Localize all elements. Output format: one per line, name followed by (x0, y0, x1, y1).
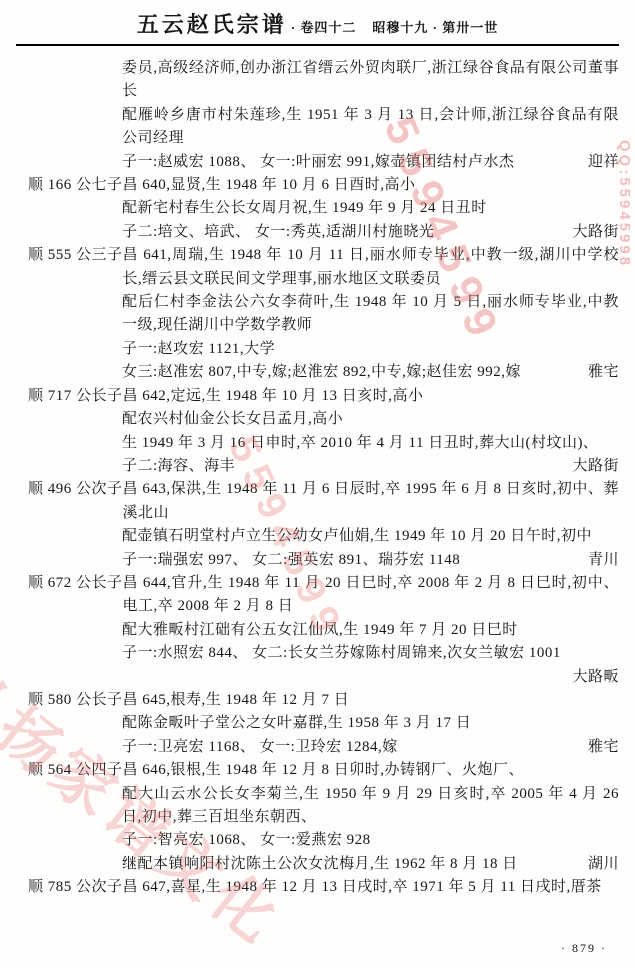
entry-label (28, 151, 122, 174)
place-annotation: 青川 (580, 549, 619, 572)
place-annotation: 雅宅 (580, 361, 619, 384)
place-annotation: 大路街 (564, 221, 619, 244)
entry-text: 昌 647,喜星,生 1948 年 12 月 13 日戌时,卒 1971 年 5… (123, 876, 619, 899)
entry-text: 配新宅村春生公长女周月祝,生 1949 年 9 月 24 日丑时 (122, 197, 619, 220)
entry-row: 顺 564 公四子昌 646,银根,生 1948 年 12 月 8 日卯时,办铸… (28, 759, 619, 782)
entry-row: 子一:水照宏 844、 女二:长女兰芬嫁陈村周锦来,次女兰敏宏 1001 (28, 642, 619, 665)
entry-row: 顺 496 公次子昌 643,保洪,生 1948 年 11 月 6 日辰时,卒 … (28, 478, 619, 525)
entry-text: 大路街子二:海容、海丰 (122, 455, 619, 478)
entry-text: 子一:赵攻宏 1121,大学 (122, 338, 619, 361)
entry-label (28, 291, 122, 338)
entry-row: 配农兴村仙金公长女吕孟月,高小 (28, 408, 619, 431)
entry-row: 大路街子二:培文、培武、 女一:秀英,适湖川村施晓光 (28, 221, 619, 244)
entry-text: 配农兴村仙金公长女吕孟月,高小 (122, 408, 619, 431)
entry-text: 青川子一:瑞强宏 997、 女二:强英宏 891、瑞芬宏 1148 (122, 549, 619, 572)
entry-text: 昌 640,显贤,生 1948 年 10 月 6 日酉时,高小 (123, 174, 619, 197)
volume-label: · 卷四十二 (291, 20, 357, 35)
entry-text: 配壶镇石明堂村卢立生公幼女卢仙娟,生 1949 年 10 月 20 日午时,初中 (122, 525, 619, 548)
entry-label: 顺 564 公四子 (28, 759, 123, 782)
entry-label (28, 642, 122, 665)
entry-row: 配新宅村春生公长女周月祝,生 1949 年 9 月 24 日丑时 (28, 197, 619, 220)
entry-row: 配大雅畈村江础有公五女江仙凤,生 1949 年 7 月 20 日巳时 (28, 619, 619, 642)
entry-label (28, 221, 122, 244)
entry-text: 子一:水照宏 844、 女二:长女兰芬嫁陈村周锦来,次女兰敏宏 1001 (122, 642, 619, 665)
entry-row: 顺 717 公长子昌 642,定远,生 1948 年 10 月 13 日亥时,高… (28, 385, 619, 408)
entry-text: 雅宅子一:卫亮宏 1168、 女一:卫玲宏 1284,嫁 (122, 736, 619, 759)
entry-row: 顺 672 公长子昌 644,官升,生 1948 年 11 月 20 日巳时,卒… (28, 572, 619, 619)
entry-row: 青川子一:瑞强宏 997、 女二:强英宏 891、瑞芬宏 1148 (28, 549, 619, 572)
entry-text: 湖川继配本镇响阳村沈陈土公次女沈梅月,生 1962 年 8 月 18 日 (122, 853, 619, 876)
entry-label (28, 853, 122, 876)
entry-row: 雅宅子一:卫亮宏 1168、 女一:卫玲宏 1284,嫁 (28, 736, 619, 759)
entry-label (28, 712, 122, 735)
entry-label (28, 408, 122, 431)
entry-text: 昌 641,周瑞,生 1948 年 10 月 11 日,丽水师专毕业,中教一级,… (123, 244, 619, 291)
entry-label (28, 829, 122, 852)
entry-label (28, 197, 122, 220)
entry-row: 顺 555 公三子昌 641,周瑞,生 1948 年 10 月 11 日,丽水师… (28, 244, 619, 291)
entry-row: 大路街子二:海容、海丰 (28, 455, 619, 478)
entry-label (28, 783, 122, 830)
entry-row: 大路畈 (28, 666, 619, 689)
entry-text: 配陈金畈叶子堂公之女叶嘉群,生 1958 年 3 月 17 日 (122, 712, 619, 735)
entry-row: 配陈金畈叶子堂公之女叶嘉群,生 1958 年 3 月 17 日 (28, 712, 619, 735)
entry-row: 委员,高级经济师,创办浙江省缙云外贸肉联厂,浙江绿谷食品有限公司董事长 (28, 57, 619, 104)
entry-label (28, 525, 122, 548)
entry-row: 顺 166 公七子昌 640,显贤,生 1948 年 10 月 6 日酉时,高小 (28, 174, 619, 197)
entry-label (28, 361, 122, 384)
entry-text: 大路畈 (122, 666, 619, 689)
place-annotation: 大路街 (564, 455, 619, 478)
entry-row: 顺 580 公长子昌 645,根寿,生 1948 年 12 月 7 日 (28, 689, 619, 712)
entry-label (28, 455, 122, 478)
entry-text: 雅宅女三:赵准宏 807,中专,嫁;赵淮宏 892,中专,嫁;赵佳宏 992,嫁 (122, 361, 619, 384)
entry-text: 昌 645,根寿,生 1948 年 12 月 7 日 (123, 689, 619, 712)
entry-label (28, 666, 122, 689)
entry-text: 昌 643,保洪,生 1948 年 11 月 6 日辰时,卒 1995 年 6 … (123, 478, 619, 525)
entry-label (28, 104, 122, 151)
entry-label (28, 338, 122, 361)
entry-text: 配大山云水公长女李菊兰,生 1950 年 9 月 29 日亥时,卒 2005 年… (122, 783, 619, 830)
entry-label (28, 57, 122, 104)
entry-text: 迎祥子一:赵威宏 1088、 女一:叶丽宏 991,嫁壶镇团结村卢水杰 (122, 151, 619, 174)
entry-label (28, 549, 122, 572)
entry-text: 昌 642,定远,生 1948 年 10 月 13 日亥时,高小 (123, 385, 619, 408)
page-header: 五云赵氏宗谱· 卷四十二昭穆十九 · 第卅一世 (0, 0, 635, 39)
genealogy-page: 五云赵氏宗谱· 卷四十二昭穆十九 · 第卅一世 委员,高级经济师,创办浙江省缙云… (0, 0, 635, 968)
entry-text: 配大雅畈村江础有公五女江仙凤,生 1949 年 7 月 20 日巳时 (122, 619, 619, 642)
entry-label: 顺 717 公长子 (28, 385, 123, 408)
entry-text: 大路街子二:培文、培武、 女一:秀英,适湖川村施晓光 (122, 221, 619, 244)
entry-row: 生 1949 年 3 月 16 日申时,卒 2010 年 4 月 11 日丑时,… (28, 432, 619, 455)
entry-label: 顺 672 公长子 (28, 572, 123, 619)
entry-text: 生 1949 年 3 月 16 日申时,卒 2010 年 4 月 11 日丑时,… (122, 432, 619, 455)
entry-label: 顺 580 公长子 (28, 689, 123, 712)
book-title: 五云赵氏宗谱 (137, 12, 287, 37)
entry-text: 配后仁村李金法公六女李荷叶,生 1948 年 10 月 5 日,丽水师专毕业,中… (122, 291, 619, 338)
entry-text: 委员,高级经济师,创办浙江省缙云外贸肉联厂,浙江绿谷食品有限公司董事长 (122, 57, 619, 104)
entry-label: 顺 785 公次子 (28, 876, 123, 899)
place-annotation: 湖川 (580, 853, 619, 876)
entry-label: 顺 496 公次子 (28, 478, 123, 525)
entry-text: 昌 644,官升,生 1948 年 11 月 20 日巳时,卒 2008 年 2… (123, 572, 619, 619)
place-annotation: 迎祥 (580, 151, 619, 174)
entry-row: 子一:赵攻宏 1121,大学 (28, 338, 619, 361)
place-annotation: 雅宅 (580, 736, 619, 759)
entry-label: 顺 166 公七子 (28, 174, 123, 197)
entry-row: 顺 785 公次子昌 647,喜星,生 1948 年 12 月 13 日戌时,卒… (28, 876, 619, 899)
entry-row: 配后仁村李金法公六女李荷叶,生 1948 年 10 月 5 日,丽水师专毕业,中… (28, 291, 619, 338)
entry-row: 配雁岭乡唐市村朱莲珍,生 1951 年 3 月 13 日,会计师,浙江绿谷食品有… (28, 104, 619, 151)
entry-label (28, 619, 122, 642)
header-rule (16, 44, 619, 46)
entry-text: 子一:智亮宏 1068、 女一:爱燕宏 928 (122, 829, 619, 852)
entry-row: 湖川继配本镇响阳村沈陈土公次女沈梅月,生 1962 年 8 月 18 日 (28, 853, 619, 876)
entry-label: 顺 555 公三子 (28, 244, 123, 291)
entry-label (28, 432, 122, 455)
entry-row: 配壶镇石明堂村卢立生公幼女卢仙娟,生 1949 年 10 月 20 日午时,初中 (28, 525, 619, 548)
place-annotation: 大路畈 (564, 666, 619, 689)
entry-row: 迎祥子一:赵威宏 1088、 女一:叶丽宏 991,嫁壶镇团结村卢水杰 (28, 151, 619, 174)
generation-label: 昭穆十九 · 第卅一世 (372, 20, 498, 35)
entry-row: 子一:智亮宏 1068、 女一:爱燕宏 928 (28, 829, 619, 852)
entry-label (28, 736, 122, 759)
page-number: · 879 · (561, 941, 607, 956)
entry-text: 昌 646,银根,生 1948 年 12 月 8 日卯时,办铸钢厂、火炮厂、 (123, 759, 619, 782)
entry-row: 雅宅女三:赵准宏 807,中专,嫁;赵淮宏 892,中专,嫁;赵佳宏 992,嫁 (28, 361, 619, 384)
genealogy-entries: 委员,高级经济师,创办浙江省缙云外贸肉联厂,浙江绿谷食品有限公司董事长配雁岭乡唐… (0, 55, 635, 900)
entry-row: 配大山云水公长女李菊兰,生 1950 年 9 月 29 日亥时,卒 2005 年… (28, 783, 619, 830)
entry-text: 配雁岭乡唐市村朱莲珍,生 1951 年 3 月 13 日,会计师,浙江绿谷食品有… (122, 104, 619, 151)
